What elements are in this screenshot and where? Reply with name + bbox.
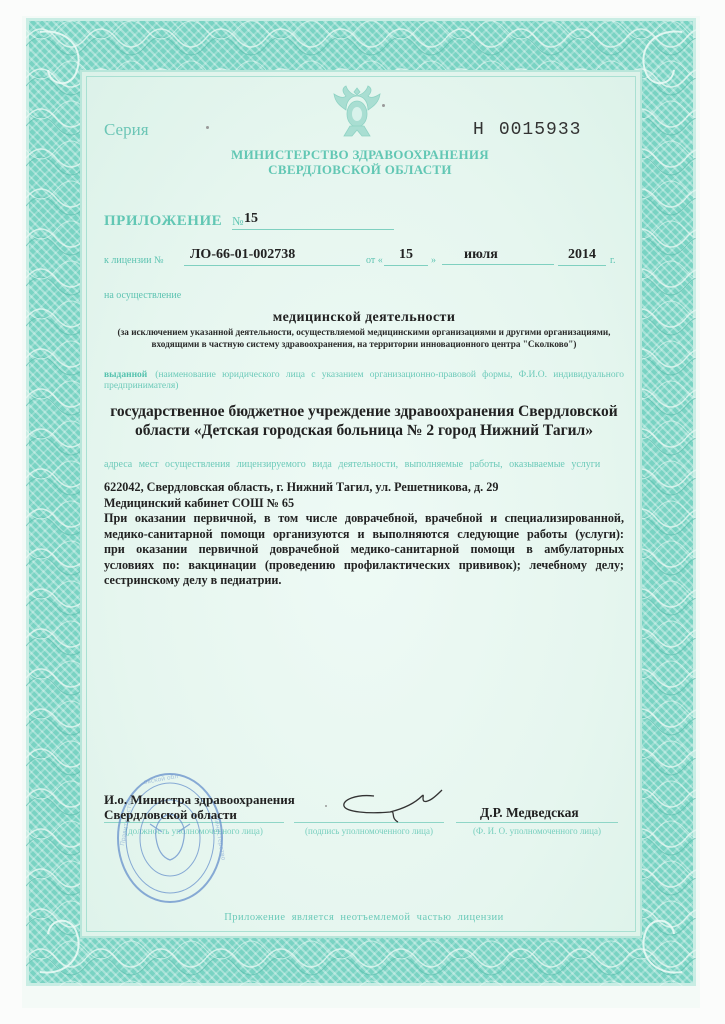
license-date-prefix: от « — [366, 255, 383, 266]
activity-note: (за исключением указанной деятельности, … — [104, 326, 624, 350]
issuer-line-1: МИНИСТЕРСТВО ЗДРАВООХРАНЕНИЯ — [150, 147, 570, 162]
services-line: медико-санитарной помощи организуются и … — [104, 527, 624, 543]
issued-to-label: выданной(наименование юридического лица … — [104, 370, 624, 392]
name-caption: (Ф. И. О. уполномоченного лица) — [456, 826, 618, 836]
signature-caption: (подпись уполномоченного лица) — [294, 826, 444, 836]
services-line: условиях по: вакцинации (проведению проф… — [104, 558, 624, 574]
issued-to-word: выданной — [104, 370, 147, 380]
appendix-number: 15 — [232, 211, 394, 230]
scan-speck — [325, 805, 327, 807]
signatory-position-line-1: И.о. Министра здравоохранения — [104, 792, 295, 807]
services-line: при оказании первичной доврачебной медик… — [104, 542, 624, 558]
issuer-line-2: СВЕРДЛОВСКОЙ ОБЛАСТИ — [150, 162, 570, 177]
license-year: 2014 — [558, 247, 606, 266]
scan-speck — [382, 104, 385, 107]
addresses-content: 622042, Свердловская область, г. Нижний … — [104, 480, 624, 589]
issued-to-hint: (наименование юридического лица с указан… — [104, 370, 624, 391]
signatory-position-line-2: Свердловской области — [104, 807, 295, 822]
series-letter: Н — [473, 120, 485, 140]
address-line: 622042, Свердловская область, г. Нижний … — [104, 480, 624, 496]
license-year-suffix: г. — [610, 255, 615, 266]
license-label: к лицензии № — [104, 255, 164, 266]
services-line: При оказании первичной, в том числе довр… — [104, 511, 624, 527]
license-month: июля — [442, 247, 554, 265]
organization-line-2: области «Детская городская больница № 2 … — [104, 421, 624, 440]
license-quote-close: » — [431, 255, 436, 266]
signatory-position: И.о. Министра здравоохранения Свердловск… — [104, 792, 295, 822]
coat-of-arms-icon — [332, 84, 382, 140]
name-underline — [456, 822, 618, 823]
series-label: Серия — [104, 120, 149, 140]
signatory-name: Д.Р. Медведская — [480, 805, 579, 821]
official-seal-stamp: овской обл Правительство Министерство — [114, 766, 226, 906]
scan-speck — [206, 126, 209, 129]
series-digits: 0015933 — [499, 120, 582, 140]
activity-name: медицинской деятельности — [104, 310, 624, 326]
activity-label: на осуществление — [104, 290, 181, 301]
appendix-heading: ПРИЛОЖЕНИЕ№ — [104, 213, 244, 230]
place-line: Медицинский кабинет СОШ № 65 — [104, 496, 624, 512]
license-number: ЛО-66-01-002738 — [184, 247, 360, 266]
license-day: 15 — [384, 247, 428, 266]
handwritten-signature — [338, 788, 448, 824]
issuer-title: МИНИСТЕРСТВО ЗДРАВООХРАНЕНИЯ СВЕРДЛОВСКО… — [150, 147, 570, 177]
organization-line-1: государственное бюджетное учреждение здр… — [104, 402, 624, 421]
addresses-label: адреса мест осуществления лицензируемого… — [104, 459, 624, 470]
services-line: сестринскому делу в педиатрии. — [104, 573, 624, 589]
series-number: Н0015933 — [473, 120, 581, 140]
organization-name: государственное бюджетное учреждение здр… — [104, 402, 624, 440]
footer-note: Приложение является неотъемлемой частью … — [104, 912, 624, 923]
appendix-label: ПРИЛОЖЕНИЕ — [104, 213, 222, 229]
